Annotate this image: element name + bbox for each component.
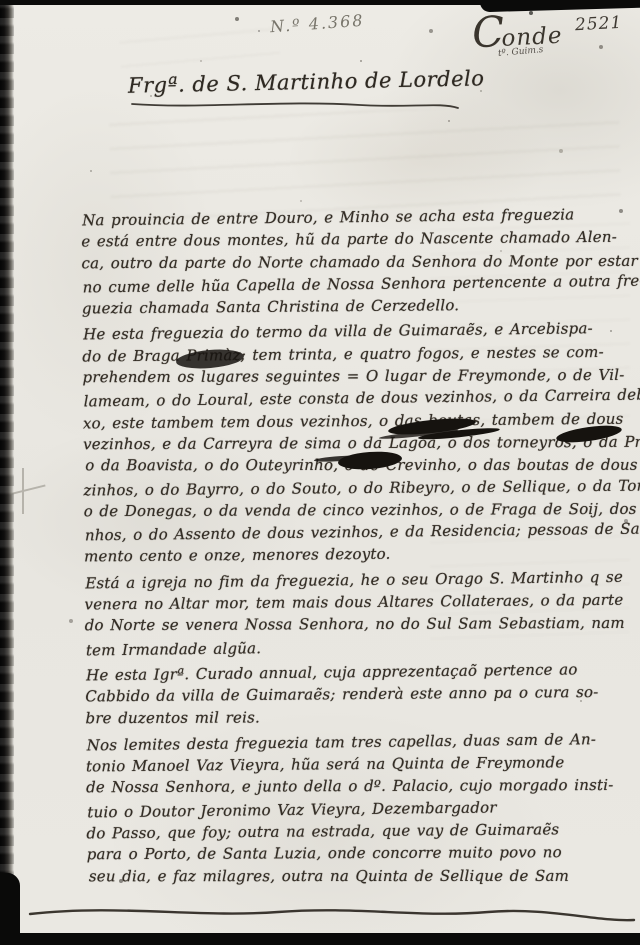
paragraph-chapels: Nos lemites desta freguezia tam tres cap… bbox=[86, 728, 640, 889]
paragraph-places: He esta freguezia do termo da villa de G… bbox=[82, 318, 640, 568]
binding-edge bbox=[0, 0, 14, 945]
manuscript-scan-page: N.º 4.368 Conde tº. Guim.s 2521 Frgª. de… bbox=[0, 0, 640, 945]
scan-border-corner bbox=[0, 872, 20, 945]
text-line: bre duzentos mil reis. bbox=[85, 704, 640, 729]
scan-border-bottom bbox=[0, 933, 640, 945]
paragraph-church: Está a igreja no fim da freguezia, he o … bbox=[84, 566, 640, 660]
paragraph-province: Na prouincia de entre Douro, e Minho se … bbox=[81, 204, 640, 320]
paragraph-curato: He esta Igrª. Curado annual, cuja apprez… bbox=[85, 658, 640, 730]
text-line: seu dia, e faz milagres, outra na Quinta… bbox=[89, 864, 640, 887]
text-line: para o Porto, de Santa Luzia, onde conco… bbox=[87, 841, 640, 866]
page-number: 2521 bbox=[575, 13, 623, 35]
verso-bleedthrough bbox=[109, 106, 621, 220]
document-title: Frgª. de S. Martinho de Lordelo bbox=[128, 66, 485, 97]
text-line: tem Irmandade algũa. bbox=[86, 632, 640, 661]
catalog-number: N.º 4.368 bbox=[269, 11, 365, 37]
title-underline-flourish bbox=[130, 96, 460, 114]
bottom-flourish-rule bbox=[28, 898, 638, 928]
body-text: Na prouincia de entre Douro, e Minho se … bbox=[81, 204, 640, 890]
